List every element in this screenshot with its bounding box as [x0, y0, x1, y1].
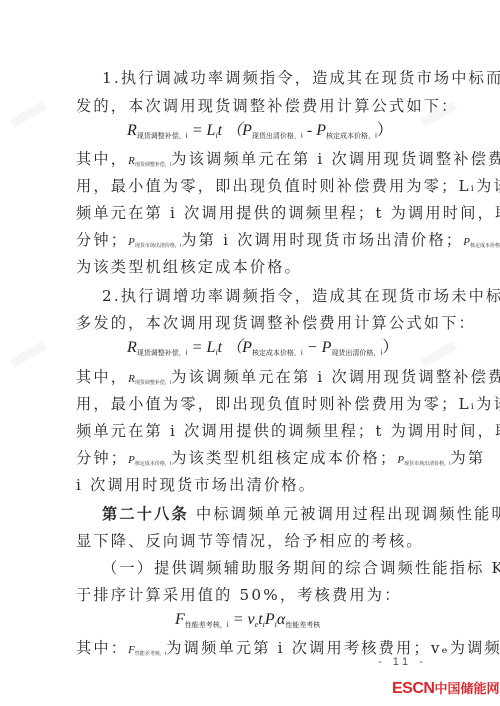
- p2-explain-5: i 次调用时现货市场出清价格。: [76, 475, 424, 495]
- p1-line-2: 发的，本次调用现货调整补偿费用计算公式如下：: [76, 96, 424, 116]
- p1-formula: R现货调整补偿，i = Lit （P现货出清价格，i - P核定成本价格，i）: [127, 121, 393, 146]
- p1-explain-1: 其中，R现货调整补偿，i为该调频单元在第 i 次调用现货调整补偿费: [76, 149, 424, 175]
- item-1-line-1: （一）提供调频辅助服务期间的综合调频性能指标 K 小: [102, 558, 424, 578]
- p1-explain-5: 为该类型机组核定成本价格。: [76, 257, 424, 277]
- escn-logo: ESCN中国储能网: [392, 678, 499, 698]
- p2-formula: R现货调整补偿，i = Lit （P核定成本价格，i − P现货出清价格，i）: [127, 338, 398, 363]
- p1-explain-4: 分钟；P现货市场出清价格，i为第 i 次调用时现货市场出清价格；P核定成本价格，…: [76, 230, 424, 256]
- article-heading: 第二十八条: [102, 505, 189, 523]
- p2-explain-1: 其中，R现货调整补偿，i为该调频单元在第 i 次调用现货调整补偿费: [76, 367, 424, 393]
- p2-line-1: 2.执行调增功率调频指令，造成其在现货市场未中标而: [102, 286, 424, 306]
- p1-explain-3: 频单元在第 i 次调用提供的调频里程；t 为调用时间，取 1: [76, 203, 424, 223]
- document-page: ▒▒▒▒▒▒ ▒▒▒▒▒▒ ▒▒▒▒▒▒ ▒▒▒▒▒▒ 1.执行调减功率调频指令…: [0, 0, 500, 706]
- watermark: ▒▒▒▒▒▒: [10, 101, 46, 127]
- assessment-explain: 其中：F性能差考核，i为调频单元第 i 次调用考核费用；vₑ为调频单: [76, 638, 424, 664]
- p2-explain-3: 频单元在第 i 次调用提供的调频里程；t 为调用时间，取 1: [76, 421, 424, 441]
- p2-explain-4: 分钟；P核定成本价格，i为该类型机组核定成本价格；P现货市场出清价格，i为第: [76, 448, 424, 474]
- p2-line-2: 多发的，本次调用现货调整补偿费用计算公式如下：: [76, 313, 424, 333]
- assessment-formula: F性能差考核，i = vetiPiα性能差考核: [175, 610, 320, 635]
- item-1-line-2: 于排序计算采用值的 50%，考核费用为：: [76, 585, 424, 605]
- p1-explain-2: 用，最小值为零，即出现负值时则补偿费用为零；Lᵢ为该调: [76, 176, 424, 196]
- watermark: ▒▒▒▒▒▒: [420, 341, 456, 367]
- p2-explain-2: 用，最小值为零，即出现负值时则补偿费用为零；Lᵢ为该调: [76, 394, 424, 414]
- article-28-line-1: 第二十八条 中标调频单元被调用过程出现调频性能明: [102, 504, 424, 524]
- p1-line-1: 1.执行调减功率调频指令，造成其在现货市场中标而未: [102, 68, 424, 88]
- watermark: ▒▒▒▒▒▒: [10, 341, 46, 367]
- article-28-line-2: 显下降、反向调节等情况，给予相应的考核。: [76, 531, 424, 551]
- page-number: - 11 -: [378, 656, 427, 668]
